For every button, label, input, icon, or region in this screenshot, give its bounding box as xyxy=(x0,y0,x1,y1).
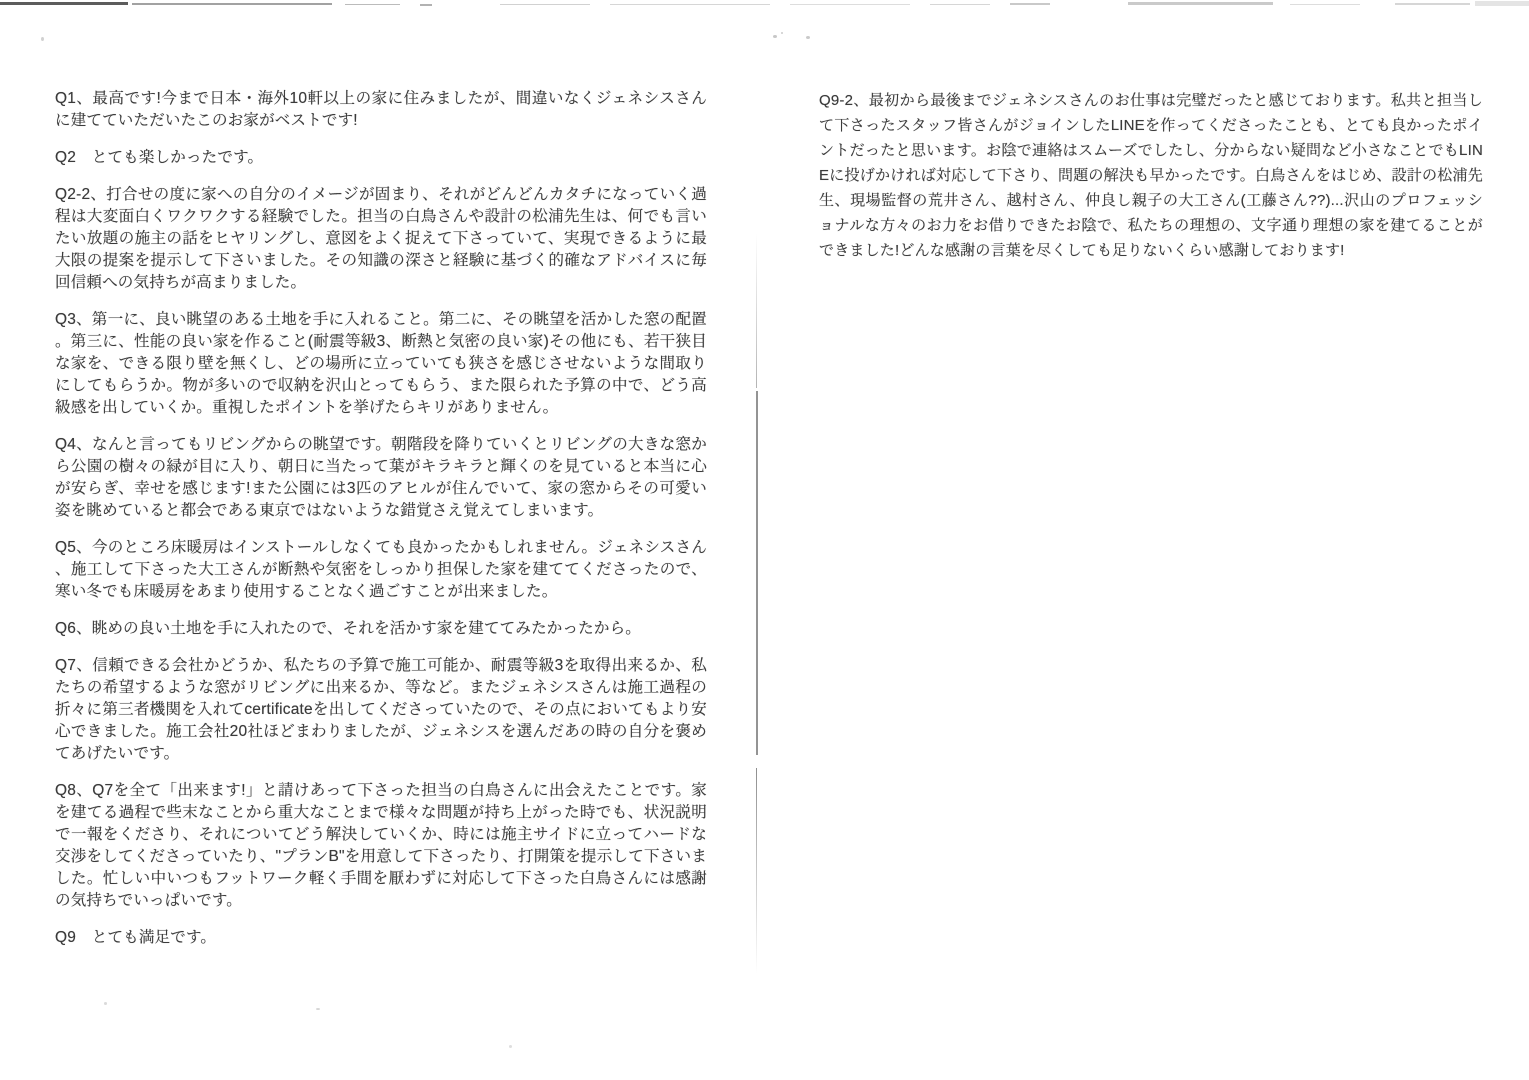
scan-speck xyxy=(316,1008,320,1010)
answer-q4: Q4、なんと言ってもリビングからの眺望です。朝階段を降りていくとリビングの大きな… xyxy=(55,434,707,522)
answer-q8: Q8、Q7を全て「出来ます!」と請けあって下さった担当の白鳥さんに出会えたことで… xyxy=(55,780,707,912)
scan-speck xyxy=(806,36,810,39)
scan-speck xyxy=(104,1002,107,1005)
scan-speck xyxy=(41,37,44,41)
answer-q9: Q9 とても満足です。 xyxy=(55,927,707,949)
answer-q7: Q7、信頼できる会社かどうか、私たちの予算で施工可能か、耐震等級3を取得出来るか… xyxy=(55,655,707,765)
scan-speck xyxy=(773,35,777,38)
answer-q5: Q5、今のところ床暖房はインストールしなくても良かったかもしれません。ジェネシス… xyxy=(55,537,707,603)
scan-artifact-top-edge xyxy=(0,0,1529,8)
scan-speck xyxy=(781,32,783,34)
right-column: Q9-2、最初から最後までジェネシスさんのお仕事は完璧だったと感じております。私… xyxy=(819,88,1483,278)
fold-crease-line xyxy=(756,0,758,1080)
scanned-document-page: Q1、最高です!今まで日本・海外10軒以上の家に住みましたが、間違いなくジェネシ… xyxy=(0,0,1529,1080)
left-column: Q1、最高です!今まで日本・海外10軒以上の家に住みましたが、間違いなくジェネシ… xyxy=(55,88,707,964)
scan-speck xyxy=(509,1045,512,1048)
answer-q2-2: Q2-2、打合せの度に家への自分のイメージが固まり、それがどんどんカタチになって… xyxy=(55,184,707,294)
answer-q9-2: Q9-2、最初から最後までジェネシスさんのお仕事は完璧だったと感じております。私… xyxy=(819,88,1483,263)
answer-q3: Q3、第一に、良い眺望のある土地を手に入れること。第二に、その眺望を活かした窓の… xyxy=(55,309,707,419)
answer-q1: Q1、最高です!今まで日本・海外10軒以上の家に住みましたが、間違いなくジェネシ… xyxy=(55,88,707,132)
answer-q2: Q2 とても楽しかったです。 xyxy=(55,147,707,169)
answer-q6: Q6、眺めの良い土地を手に入れたので、それを活かす家を建ててみたかったから。 xyxy=(55,618,707,640)
